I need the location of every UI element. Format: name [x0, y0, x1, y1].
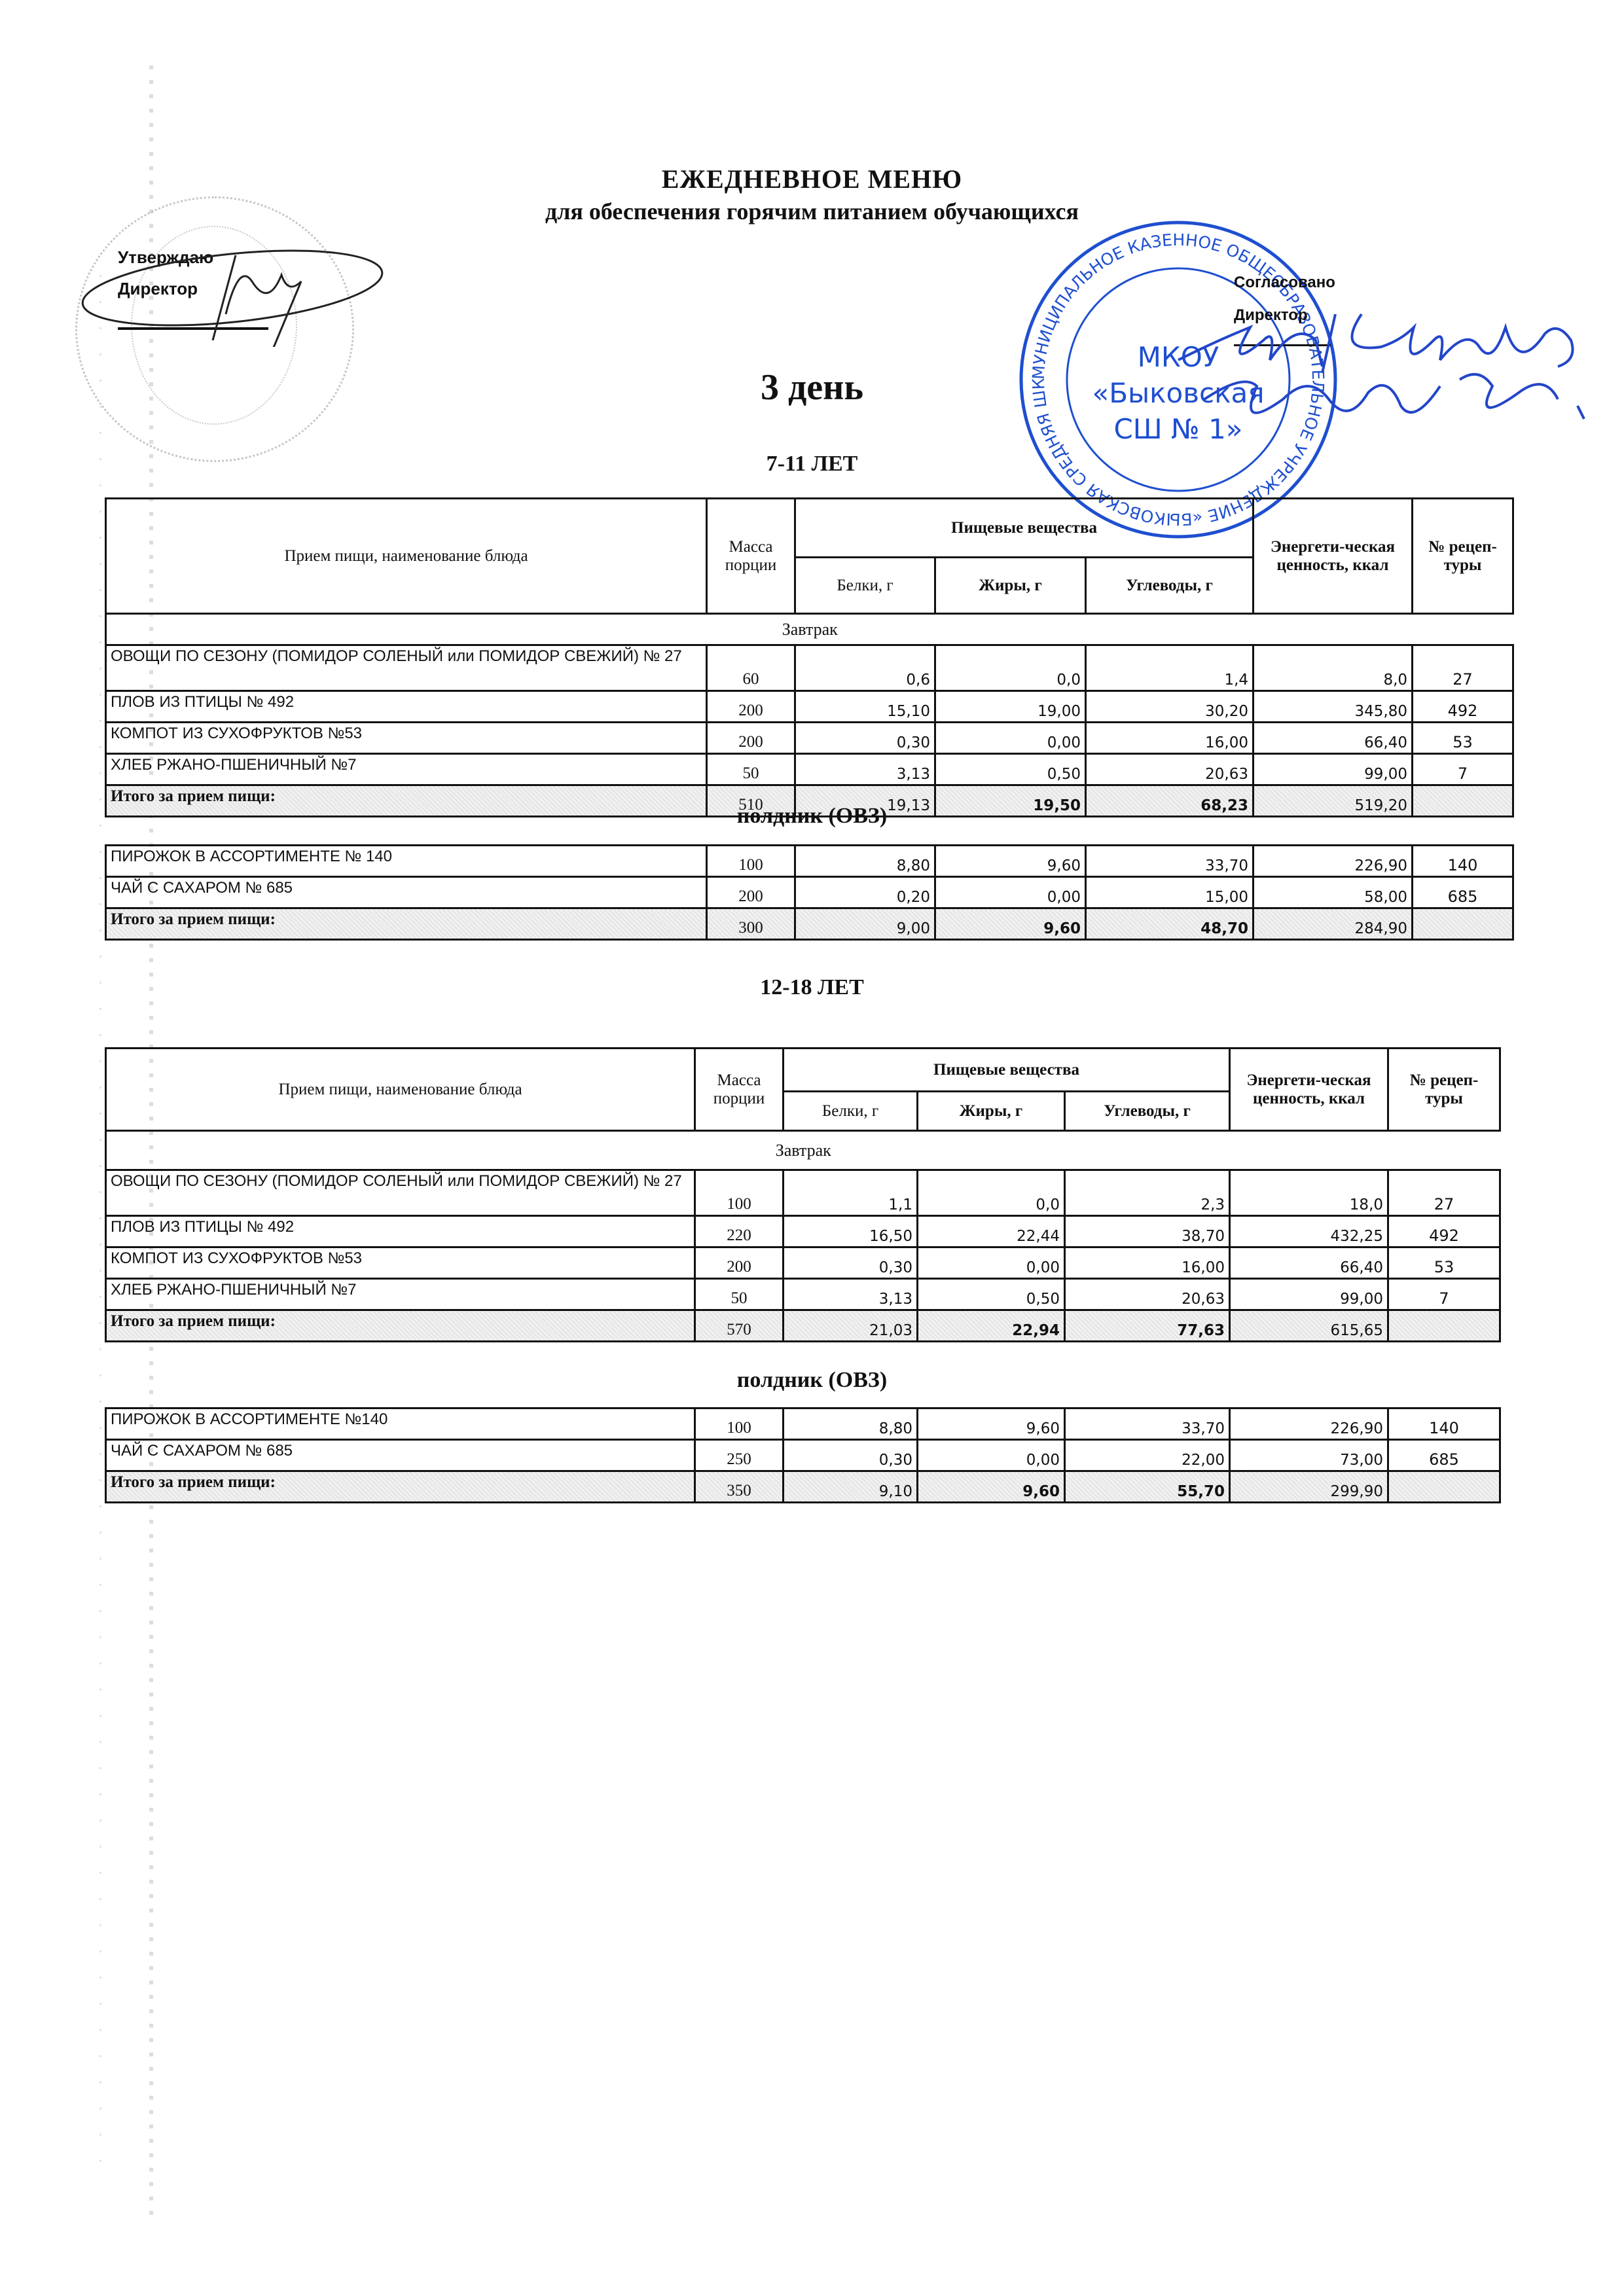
value-protein: 3,13 [784, 1279, 918, 1310]
recipe-number: 27 [1413, 645, 1513, 691]
total-protein: 21,03 [784, 1310, 918, 1342]
value-protein: 0,20 [795, 877, 935, 908]
value-protein: 1,1 [784, 1170, 918, 1216]
header-energy: Энергети-ческая ценность, ккал [1254, 499, 1413, 614]
value-carbs: 2,3 [1065, 1170, 1230, 1216]
header-recipe: № рецеп-туры [1388, 1049, 1500, 1131]
value-carbs: 15,00 [1086, 877, 1254, 908]
value-protein: 0,30 [784, 1247, 918, 1279]
dish-name: ХЛЕБ РЖАНО-ПШЕНИЧНЫЙ №7 [106, 754, 707, 785]
value-protein: 3,13 [795, 754, 935, 785]
value-carbs: 20,63 [1086, 754, 1254, 785]
recipe-number: 685 [1413, 877, 1513, 908]
dish-name: КОМПОТ ИЗ СУХОФРУКТОВ №53 [106, 1247, 695, 1279]
dish-name: ЧАЙ С САХАРОМ № 685 [106, 1440, 695, 1471]
value-energy: 226,90 [1254, 846, 1413, 877]
value-carbs: 1,4 [1086, 645, 1254, 691]
value-fat: 0,00 [935, 877, 1086, 908]
dish-name: ОВОЩИ ПО СЕЗОНУ (ПОМИДОР СОЛЕНЫЙ или ПОМ… [106, 645, 707, 691]
value-carbs: 20,63 [1065, 1279, 1230, 1310]
table-row: ОВОЩИ ПО СЕЗОНУ (ПОМИДОР СОЛЕНЫЙ или ПОМ… [106, 645, 1513, 691]
value-energy: 18,0 [1230, 1170, 1388, 1216]
total-fat: 9,60 [918, 1471, 1065, 1503]
portion-mass: 100 [695, 1408, 784, 1440]
table-row: ПИРОЖОК В АССОРТИМЕНТЕ № 1401008,809,603… [106, 846, 1513, 877]
value-carbs: 30,20 [1086, 691, 1254, 723]
table-row: ОВОЩИ ПО СЕЗОНУ (ПОМИДОР СОЛЕНЫЙ или ПОМ… [106, 1170, 1500, 1216]
value-fat: 0,00 [918, 1440, 1065, 1471]
portion-mass: 200 [707, 691, 795, 723]
total-carbs: 55,70 [1065, 1471, 1230, 1503]
header-protein: Белки, г [795, 558, 935, 614]
snack-table-7-11: ПИРОЖОК В АССОРТИМЕНТЕ № 1401008,809,603… [105, 844, 1514, 941]
value-energy: 226,90 [1230, 1408, 1388, 1440]
total-carbs: 77,63 [1065, 1310, 1230, 1342]
recipe-number: 27 [1388, 1170, 1500, 1216]
total-energy: 299,90 [1230, 1471, 1388, 1503]
meal-section-breakfast: Завтрак [106, 614, 1513, 645]
dish-name: КОМПОТ ИЗ СУХОФРУКТОВ №53 [106, 723, 707, 754]
value-carbs: 16,00 [1065, 1247, 1230, 1279]
header-mass: Масса порции [695, 1049, 784, 1131]
value-carbs: 33,70 [1086, 846, 1254, 877]
meal-section-snack: полдник (ОВЗ) [0, 1368, 1624, 1393]
value-fat: 0,50 [935, 754, 1086, 785]
value-energy: 99,00 [1254, 754, 1413, 785]
table-row: ХЛЕБ РЖАНО-ПШЕНИЧНЫЙ №7503,130,5020,6399… [106, 754, 1513, 785]
header-dish: Прием пищи, наименование блюда [106, 499, 707, 614]
table-row: ПЛОВ ИЗ ПТИЦЫ № 49220015,1019,0030,20345… [106, 691, 1513, 723]
dish-name: ПЛОВ ИЗ ПТИЦЫ № 492 [106, 1216, 695, 1247]
header-dish: Прием пищи, наименование блюда [106, 1049, 695, 1131]
scan-artifact [99, 275, 101, 2173]
age-group-heading: 12-18 ЛЕТ [0, 975, 1624, 1000]
total-recipe [1388, 1471, 1500, 1503]
value-energy: 8,0 [1254, 645, 1413, 691]
value-protein: 8,80 [784, 1408, 918, 1440]
total-label: Итого за прием пищи: [106, 1310, 695, 1342]
value-fat: 9,60 [918, 1408, 1065, 1440]
total-protein: 9,00 [795, 908, 935, 940]
value-energy: 73,00 [1230, 1440, 1388, 1471]
portion-mass: 250 [695, 1440, 784, 1471]
total-mass: 350 [695, 1471, 784, 1503]
table-row: ЧАЙ С САХАРОМ № 6852500,300,0022,0073,00… [106, 1440, 1500, 1471]
recipe-number: 140 [1388, 1408, 1500, 1440]
total-fat: 22,94 [918, 1310, 1065, 1342]
header-mass: Масса порции [707, 499, 795, 614]
value-carbs: 22,00 [1065, 1440, 1230, 1471]
recipe-number: 53 [1388, 1247, 1500, 1279]
recipe-number: 492 [1388, 1216, 1500, 1247]
value-fat: 0,00 [935, 723, 1086, 754]
value-fat: 19,00 [935, 691, 1086, 723]
recipe-number: 140 [1413, 846, 1513, 877]
value-protein: 8,80 [795, 846, 935, 877]
total-row: Итого за прием пищи:3509,109,6055,70299,… [106, 1471, 1500, 1503]
total-label: Итого за прием пищи: [106, 908, 707, 940]
table-row: КОМПОТ ИЗ СУХОФРУКТОВ №532000,300,0016,0… [106, 1247, 1500, 1279]
value-energy: 345,80 [1254, 691, 1413, 723]
header-protein: Белки, г [784, 1092, 918, 1131]
total-mass: 570 [695, 1310, 784, 1342]
total-row: Итого за прием пищи:3009,009,6048,70284,… [106, 908, 1513, 940]
portion-mass: 50 [707, 754, 795, 785]
table-row: ЧАЙ С САХАРОМ № 6852000,200,0015,0058,00… [106, 877, 1513, 908]
dish-name: ПИРОЖОК В АССОРТИМЕНТЕ №140 [106, 1408, 695, 1440]
header-carbs: Углеводы, г [1086, 558, 1254, 614]
value-fat: 9,60 [935, 846, 1086, 877]
director-signature-left [72, 236, 386, 347]
portion-mass: 200 [707, 877, 795, 908]
value-carbs: 16,00 [1086, 723, 1254, 754]
value-energy: 58,00 [1254, 877, 1413, 908]
portion-mass: 100 [695, 1170, 784, 1216]
value-protein: 0,30 [795, 723, 935, 754]
value-protein: 15,10 [795, 691, 935, 723]
total-recipe [1413, 908, 1513, 940]
value-protein: 0,30 [784, 1440, 918, 1471]
table-row: ХЛЕБ РЖАНО-ПШЕНИЧНЫЙ №7503,130,5020,6399… [106, 1279, 1500, 1310]
table-row: ПИРОЖОК В АССОРТИМЕНТЕ №1401008,809,6033… [106, 1408, 1500, 1440]
dish-name: ПЛОВ ИЗ ПТИЦЫ № 492 [106, 691, 707, 723]
total-energy: 284,90 [1254, 908, 1413, 940]
portion-mass: 200 [695, 1247, 784, 1279]
total-fat: 9,60 [935, 908, 1086, 940]
value-energy: 66,40 [1230, 1247, 1388, 1279]
document-title: ЕЖЕДНЕВНОЕ МЕНЮ [0, 164, 1624, 194]
value-fat: 22,44 [918, 1216, 1065, 1247]
value-protein: 0,6 [795, 645, 935, 691]
recipe-number: 685 [1388, 1440, 1500, 1471]
total-recipe [1388, 1310, 1500, 1342]
dish-name: ОВОЩИ ПО СЕЗОНУ (ПОМИДОР СОЛЕНЫЙ или ПОМ… [106, 1170, 695, 1216]
portion-mass: 200 [707, 723, 795, 754]
value-carbs: 38,70 [1065, 1216, 1230, 1247]
menu-table-7-11: Прием пищи, наименование блюда Масса пор… [105, 497, 1514, 817]
total-label: Итого за прием пищи: [106, 1471, 695, 1503]
portion-mass: 60 [707, 645, 795, 691]
value-carbs: 33,70 [1065, 1408, 1230, 1440]
dish-name: ЧАЙ С САХАРОМ № 685 [106, 877, 707, 908]
dish-name: ПИРОЖОК В АССОРТИМЕНТЕ № 140 [106, 846, 707, 877]
header-fat: Жиры, г [918, 1092, 1065, 1131]
portion-mass: 50 [695, 1279, 784, 1310]
age-group-heading: 7-11 ЛЕТ [0, 452, 1624, 476]
table-row: КОМПОТ ИЗ СУХОФРУКТОВ №532000,300,0016,0… [106, 723, 1513, 754]
dish-name: ХЛЕБ РЖАНО-ПШЕНИЧНЫЙ №7 [106, 1279, 695, 1310]
recipe-number: 7 [1413, 754, 1513, 785]
recipe-number: 492 [1413, 691, 1513, 723]
agreed-label: Согласовано [1234, 274, 1335, 292]
table-row: ПЛОВ ИЗ ПТИЦЫ № 49222016,5022,4438,70432… [106, 1216, 1500, 1247]
value-energy: 99,00 [1230, 1279, 1388, 1310]
portion-mass: 100 [707, 846, 795, 877]
recipe-number: 53 [1413, 723, 1513, 754]
total-mass: 300 [707, 908, 795, 940]
meal-section-breakfast: Завтрак [106, 1131, 1500, 1170]
total-carbs: 48,70 [1086, 908, 1254, 940]
menu-table-12-18: Прием пищи, наименование блюда Масса пор… [105, 1047, 1501, 1342]
total-protein: 9,10 [784, 1471, 918, 1503]
value-protein: 16,50 [784, 1216, 918, 1247]
header-nutrients: Пищевые вещества [795, 499, 1254, 558]
recipe-number: 7 [1388, 1279, 1500, 1310]
header-nutrients: Пищевые вещества [784, 1049, 1230, 1092]
portion-mass: 220 [695, 1216, 784, 1247]
value-energy: 66,40 [1254, 723, 1413, 754]
total-row: Итого за прием пищи:57021,0322,9477,6361… [106, 1310, 1500, 1342]
header-carbs: Углеводы, г [1065, 1092, 1230, 1131]
value-fat: 0,00 [918, 1247, 1065, 1279]
day-heading: 3 день [0, 367, 1624, 408]
total-energy: 615,65 [1230, 1310, 1388, 1342]
value-fat: 0,0 [918, 1170, 1065, 1216]
meal-section-snack: полдник (ОВЗ) [0, 804, 1624, 829]
header-energy: Энергети-ческая ценность, ккал [1230, 1049, 1388, 1131]
header-fat: Жиры, г [935, 558, 1086, 614]
value-energy: 432,25 [1230, 1216, 1388, 1247]
value-fat: 0,0 [935, 645, 1086, 691]
value-fat: 0,50 [918, 1279, 1065, 1310]
header-recipe: № рецеп-туры [1413, 499, 1513, 614]
snack-table-12-18: ПИРОЖОК В АССОРТИМЕНТЕ №1401008,809,6033… [105, 1407, 1501, 1503]
